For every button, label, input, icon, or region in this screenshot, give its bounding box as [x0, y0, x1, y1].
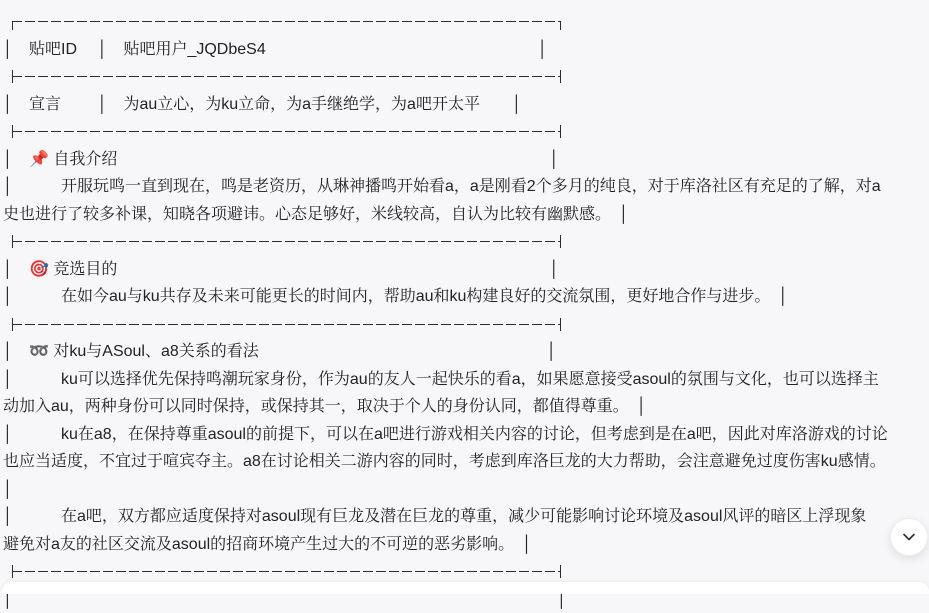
paragraph-line: │ ku在a8，在保持尊重asoul的前提下，可以在a吧进行游戏相关内容的讨论，… [3, 421, 929, 449]
paragraph-line: 也应当适度，不宜过于喧宾夺主。a8在讨论相关二游内容的同时，考虑到库洛巨龙的大力… [3, 448, 929, 476]
section-title: 竞选目的 [49, 261, 117, 278]
scroll-down-button[interactable] [890, 518, 928, 556]
divider-dashes [12, 131, 560, 132]
divider-dashes [12, 76, 560, 77]
section-title: 自我介绍 [49, 151, 117, 168]
paragraph-line: 动加入au，两种身份可以同时保持，或保持其一，取决于个人的身份认同，都值得尊重。… [3, 393, 929, 421]
paragraph-line: 避免对a友的社区交流及asoul的招商环境产生过大的不可逆的恶劣影响。 │ [3, 531, 929, 559]
table-row-line: │ 宣言 │ 为au立心，为ku立命，为a手继绝学，为a吧开太平 │ [3, 91, 929, 119]
paragraph-line: │ 在a吧，双方都应适度保持对asoul现有巨龙及潜在巨龙的尊重，减少可能影响讨… [3, 503, 929, 531]
divider-tick-right [560, 21, 561, 30]
border-pipe: │ [3, 343, 29, 360]
divider-tick-left [12, 21, 13, 30]
border-pipe: │ [117, 151, 559, 168]
divider-tick-right [560, 565, 561, 578]
border-pipe: │ [3, 261, 29, 278]
pushpin-icon: 📌 [29, 151, 49, 168]
divider-tick-right [560, 125, 561, 138]
divider-dashes [12, 324, 560, 325]
page: { "page": { "background": "#f7f7f9", "te… [0, 0, 929, 594]
divider-line [3, 8, 929, 36]
divider-tick-right [560, 70, 561, 83]
paragraph-line: │ 在如今au与ku共存及未来可能更长的时间内，帮助au和ku构建良好的交流氛围… [3, 283, 929, 311]
divider-tick-right [560, 318, 561, 331]
bottom-panel [2, 582, 929, 594]
target-icon: 🎯 [29, 261, 49, 278]
border-pipe: │ [259, 343, 557, 360]
paragraph-line: 史也进行了较多补课，知晓各项避讳。心态足够好，米线较高，自认为比较有幽默感。 │ [3, 201, 929, 229]
divider-dashes [12, 21, 560, 22]
divider-line [3, 228, 929, 256]
table-row-line: │ 贴吧ID │ 贴吧用户_JQDbeS4 │ [3, 36, 929, 64]
divider-dashes [12, 241, 560, 242]
document: │ 贴吧ID │ 贴吧用户_JQDbeS4 ││ 宣言 │ 为au立心，为ku立… [3, 8, 929, 594]
divider-line [3, 63, 929, 91]
chevron-down-icon [900, 528, 918, 546]
section-header-line: │ ➿ 对ku与ASoul、a8关系的看法 │ [3, 338, 929, 366]
divider-line [3, 311, 929, 339]
loop-icon: ➿ [29, 343, 49, 360]
divider-dashes [12, 571, 560, 572]
border-pipe: │ [3, 151, 29, 168]
paragraph-line: │ 开服玩鸣一直到现在，鸣是老资历，从琳神播鸣开始看a，a是刚看2个多月的纯良，… [3, 173, 929, 201]
border-pipe: │ [117, 261, 559, 278]
divider-line [3, 118, 929, 146]
paragraph-line: │ ku可以选择优先保持鸣潮玩家身份，作为au的友人一起快乐的看a，如果愿意接受… [3, 366, 929, 394]
section-header-line: │ 🎯 竞选目的 │ [3, 256, 929, 284]
divider-tick-right [560, 235, 561, 248]
paragraph-line: │ [3, 476, 929, 504]
section-title: 对ku与ASoul、a8关系的看法 [49, 343, 259, 360]
section-header-line: │ 📌 自我介绍 │ [3, 146, 929, 174]
